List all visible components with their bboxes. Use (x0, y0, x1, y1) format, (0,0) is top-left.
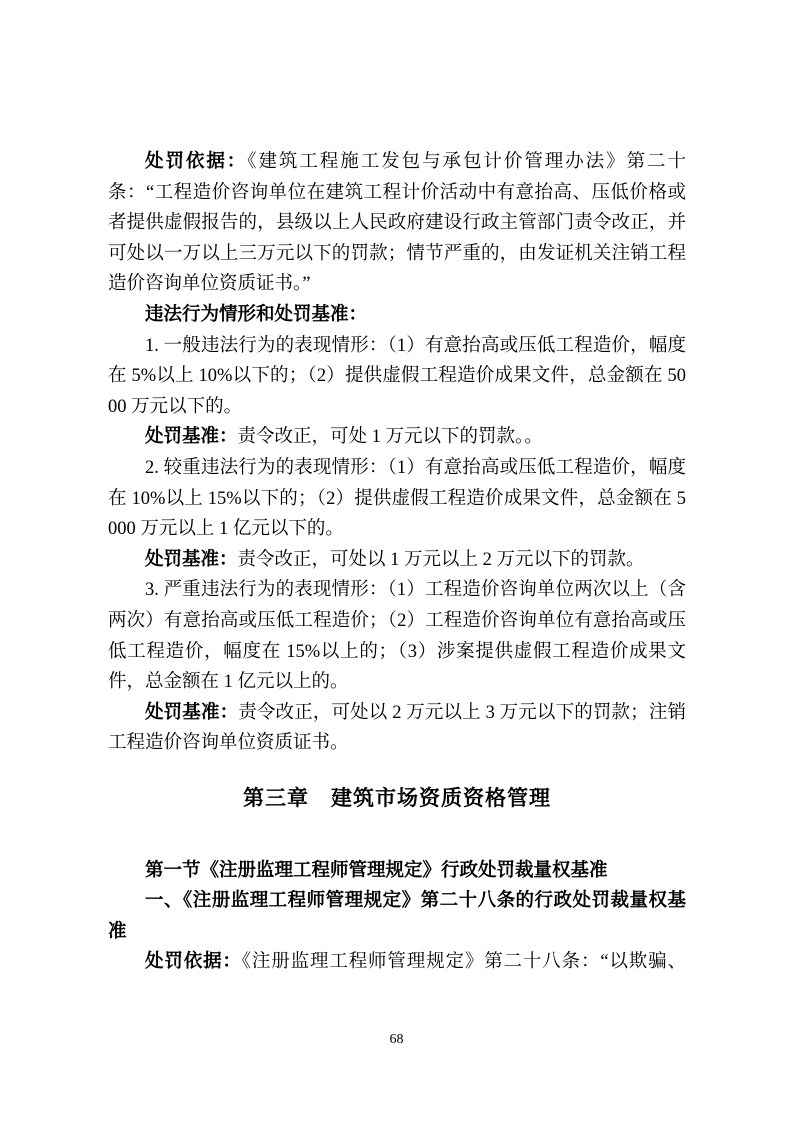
violation-standards-heading-text: 违法行为情形和处罚基准： (145, 305, 367, 325)
penalty-basis-paragraph-2: 处罚依据：《注册监理工程师管理规定》第二十八条：“以欺骗、 (108, 947, 686, 978)
severe-penalty-paragraph: 处罚基准：责令改正，可处以 2 万元以上 3 万元以下的罚款；注销工程造价咨询单… (108, 698, 686, 759)
section-title: 第一节《注册监理工程师管理规定》行政处罚裁量权基准 (108, 855, 686, 886)
subsection-title: 一、《注册监理工程师管理规定》第二十八条的行政处罚裁量权基准 (108, 885, 686, 946)
general-penalty-paragraph: 处罚基准：责令改正，可处 1 万元以下的罚款。。 (108, 422, 686, 453)
general-violation-paragraph: 1. 一般违法行为的表现情形：（1）有意抬高或压低工程造价，幅度在 5%以上 1… (108, 331, 686, 423)
moderate-penalty-label: 处罚基准： (145, 550, 238, 570)
penalty-basis-paragraph-1: 处罚依据：《建筑工程施工发包与承包计价管理办法》第二十条：“工程造价咨询单位在建… (108, 147, 686, 300)
page-content: 处罚依据：《建筑工程施工发包与承包计价管理办法》第二十条：“工程造价咨询单位在建… (108, 147, 686, 977)
moderate-violation-paragraph: 2. 较重违法行为的表现情形：（1）有意抬高或压低工程造价，幅度在 10%以上 … (108, 453, 686, 545)
penalty-basis-2-text: 《注册监理工程师管理规定》第二十八条：“以欺骗、 (242, 952, 686, 972)
general-penalty-text: 责令改正，可处 1 万元以下的罚款。。 (238, 427, 543, 447)
moderate-penalty-paragraph: 处罚基准：责令改正，可处以 1 万元以上 2 万元以下的罚款。 (108, 545, 686, 576)
page-number: 68 (0, 1032, 793, 1048)
violation-standards-heading: 违法行为情形和处罚基准： (108, 300, 686, 331)
moderate-penalty-text: 责令改正，可处以 1 万元以上 2 万元以下的罚款。 (238, 550, 645, 570)
penalty-basis-label: 处罚依据： (145, 152, 247, 172)
severe-violation-paragraph: 3. 严重违法行为的表现情形：（1）工程造价咨询单位两次以上（含两次）有意抬高或… (108, 575, 686, 697)
severe-penalty-label: 处罚基准： (145, 703, 238, 723)
penalty-basis-text: 《建筑工程施工发包与承包计价管理办法》第二十条：“工程造价咨询单位在建筑工程计价… (108, 152, 686, 294)
chapter-title: 第三章 建筑市场资质资格管理 (108, 783, 686, 815)
general-penalty-label: 处罚基准： (145, 427, 238, 447)
penalty-basis-2-label: 处罚依据： (145, 952, 242, 972)
document-page: 处罚依据：《建筑工程施工发包与承包计价管理办法》第二十条：“工程造价咨询单位在建… (0, 0, 793, 1122)
